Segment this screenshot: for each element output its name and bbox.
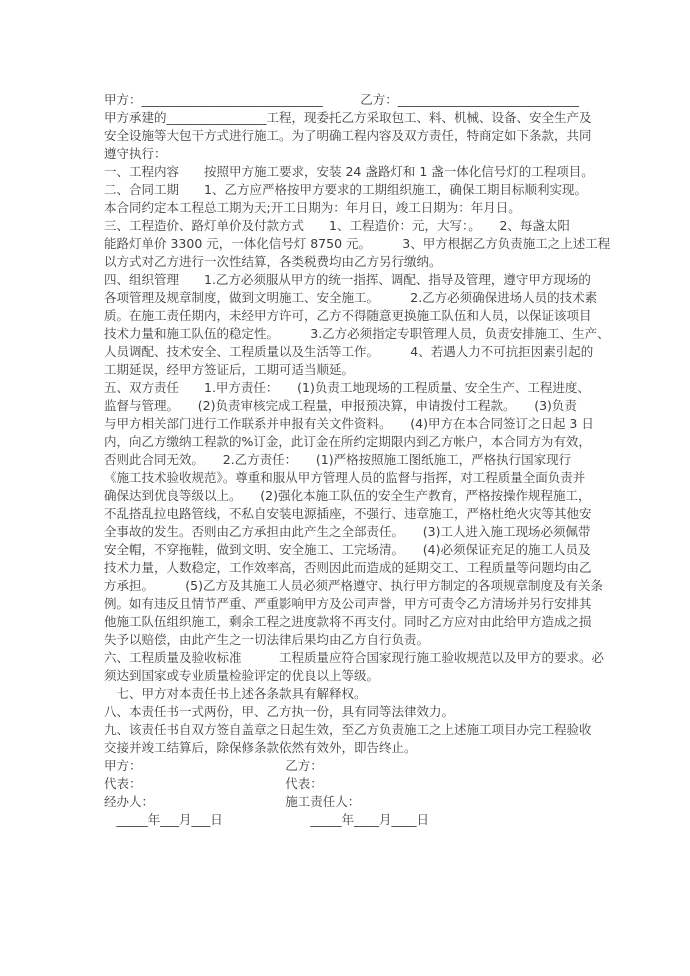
document-line: 安全帽，不穿拖鞋，做到文明、安全施工、工完场清。 (4)必须保证充足的施工人员及 bbox=[104, 541, 604, 559]
document-line: 六、工程质量及验收标准 工程质量应符合国家现行施工验收规范以及甲方的要求。必 bbox=[104, 649, 604, 667]
document-page: 甲方：_____________________________ 乙方：____… bbox=[0, 0, 690, 976]
document-line: 各项管理及规章制度，做到文明施工、安全施工。 2.乙方必须确保进场人员的技术素 bbox=[104, 289, 604, 307]
document-line: 以方式对乙方进行一次性结算，各类税费均由乙方另行缴纳。 bbox=[104, 253, 604, 271]
document-line: 八、本责任书一式两份，甲、乙方执一份，具有同等法律效力。 bbox=[104, 703, 604, 721]
document-line: 技术力量，人数稳定，工作效率高，否则因此而造成的延期交工、工程质量等问题均由乙 bbox=[104, 559, 604, 577]
document-line: 一、工程内容 按照甲方施工要求，安装 24 盏路灯和 1 盏一体化信号灯的工程项… bbox=[104, 163, 604, 181]
document-line: 例。如有违反且情节严重、严重影响甲方及公司声誉，甲方可责令乙方清场并另行安排其 bbox=[104, 595, 604, 613]
document-line: 全事故的发生。否则由乙方承担由此产生之全部责任。 (3)工人进入施工现场必须佩带 bbox=[104, 523, 604, 541]
document-line: 与甲方相关部门进行工作联系并申报有关文件资料。 (4)甲方在本合同签订之日起 3… bbox=[104, 415, 604, 433]
document-line: 安全设施等大包干方式进行施工。为了明确工程内容及双方责任，特商定如下条款，共同 bbox=[104, 127, 604, 145]
document-line: 他施工队伍组织施工，剩余工程之进度款将不再支付。同时乙方应对由此给甲方造成之损 bbox=[104, 613, 604, 631]
document-line: 须达到国家或专业质量检验评定的优良以上等级。 bbox=[104, 667, 604, 685]
document-line: 代表： 代表： bbox=[104, 775, 604, 793]
document-line: 九、该责任书自双方签自盖章之日起生效，至乙方负责施工之上述施工项目办完工程验收 bbox=[104, 721, 604, 739]
document-line: 不乱搭乱拉电路管线，不私自安装电源插座，不强行、违章施工，严格杜绝火灾等其他安 bbox=[104, 505, 604, 523]
document-line: 经办人： 施工责任人： bbox=[104, 793, 604, 811]
document-line: 人员调配、技术安全、工程质量以及生活等工作。 4、若遇人力不可抗拒因素引起的 bbox=[104, 343, 604, 361]
document-line: 本合同约定本工程总工期为天;开工日期为：年月日，竣工日期为：年月日。 bbox=[104, 199, 604, 217]
document-line: 质。在施工责任期内，未经甲方许可，乙方不得随意更换施工队伍和人员，以保证该项目 bbox=[104, 307, 604, 325]
document-line: 交接并竣工结算后，除保修条款依然有效外，即告终止。 bbox=[104, 739, 604, 757]
document-line: 方承担。 (5)乙方及其施工人员必须严格遵守、执行甲方制定的各项规章制度及有关条 bbox=[104, 577, 604, 595]
document-line: _____年___月___日 _____年____月____日 bbox=[104, 811, 604, 829]
contract-body: 甲方：_____________________________ 乙方：____… bbox=[104, 91, 604, 829]
document-line: 二、合同工期 1、乙方应严格按甲方要求的工期组织施工，确保工期目标顺利实现。 bbox=[104, 181, 604, 199]
document-line: 甲方承建的________________工程，现委托乙方采取包工、料、机械、设… bbox=[104, 109, 604, 127]
document-line: 三、工程造价、路灯单价及付款方式 1、工程造价：元，大写：。 2、每盏太阳 bbox=[104, 217, 604, 235]
document-line: 七、甲方对本责任书上述各条款具有解释权。 bbox=[104, 685, 604, 703]
document-line: 工期延误，经甲方签证后，工期可适当顺延。 bbox=[104, 361, 604, 379]
document-line: 技术力量和施工队伍的稳定性。 3.乙方必须指定专职管理人员，负责安排施工、生产、 bbox=[104, 325, 604, 343]
document-line: 五、双方责任 1.甲方责任： (1)负责工地现场的工程质量、安全生产、工程进度、 bbox=[104, 379, 604, 397]
document-line: 《施工技术验收规范》。尊重和服从甲方管理人员的监督与指挥，对工程质量全面负责并 bbox=[104, 469, 604, 487]
document-line: 甲方：_____________________________ 乙方：____… bbox=[104, 91, 604, 109]
document-line: 甲方： 乙方： bbox=[104, 757, 604, 775]
document-line: 否则此合同无效。 2.乙方责任： (1)严格按照施工图纸施工，严格执行国家现行 bbox=[104, 451, 604, 469]
document-line: 内，向乙方缴纳工程款的%订金，此订金在所约定期限内到乙方帐户，本合同方为有效， bbox=[104, 433, 604, 451]
document-line: 四、组织管理 1.乙方必须服从甲方的统一指挥、调配、指导及管理，遵守甲方现场的 bbox=[104, 271, 604, 289]
document-line: 失予以赔偿，由此产生之一切法律后果均由乙方自行负责。 bbox=[104, 631, 604, 649]
document-line: 遵守执行： bbox=[104, 145, 604, 163]
document-line: 确保达到优良等级以上。 (2)强化本施工队伍的安全生产教育，严格按操作规程施工， bbox=[104, 487, 604, 505]
document-line: 能路灯单价 3300 元，一体化信号灯 8750 元。 3、甲方根据乙方负责施工… bbox=[104, 235, 604, 253]
document-line: 监督与管理。 (2)负责审核完成工程量，申报预决算，申请拨付工程款。 (3)负责 bbox=[104, 397, 604, 415]
